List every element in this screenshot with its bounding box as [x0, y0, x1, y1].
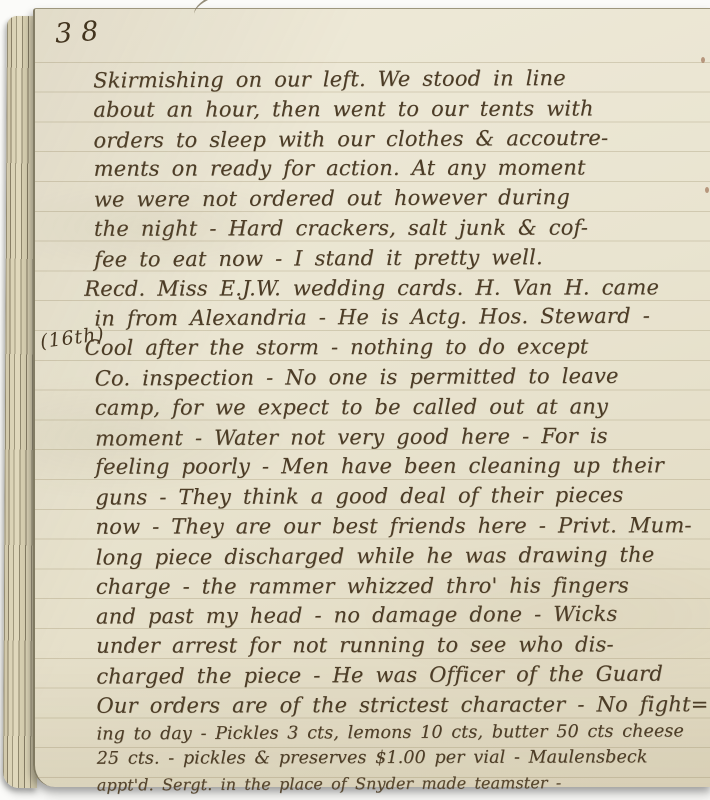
handwritten-line: charged the piece - He was Officer of th…	[96, 659, 676, 692]
handwritten-line: feeling poorly - Men have been cleaning …	[95, 452, 675, 483]
page-number: 38	[54, 15, 108, 50]
handwritten-line: ments on ready for action. At any moment	[94, 154, 674, 185]
handwritten-line: in from Alexandria - He is Actg. Hos. St…	[94, 302, 674, 335]
handwritten-line: Cool after the storm - nothing to do exc…	[85, 332, 675, 363]
handwritten-line: Skirmishing on our left. We stood in lin…	[93, 63, 673, 96]
diary-page: 38 (16th) Skirmishing on our left. We st…	[33, 8, 710, 787]
handwritten-line: 25 cts. - pickles & preserves $1.00 per …	[97, 745, 677, 772]
handwritten-line: under arrest for not running to see who …	[96, 630, 676, 661]
handwritten-line: ing to day - Pickles 3 cts, lemons 10 ct…	[97, 719, 677, 747]
handwritten-line: Co. inspection - No one is permitted to …	[95, 361, 675, 394]
handwritten-line: long piece discharged while he was drawi…	[96, 540, 676, 573]
handwritten-line: Our orders are of the strictest characte…	[96, 690, 676, 721]
handwritten-line: the night - Hard crackers, salt junk & c…	[94, 213, 674, 244]
handwritten-line: and past my head - no damage done - Wick…	[96, 600, 676, 633]
handwritten-line: now - They are our best friends here - P…	[95, 511, 675, 542]
handwritten-line: Recd. Miss E.J.W. wedding cards. H. Van …	[84, 273, 674, 304]
handwritten-line: we were not ordered out however during	[94, 183, 674, 216]
handwritten-entry: Skirmishing on our left. We stood in lin…	[93, 63, 677, 797]
handwritten-line: camp, for we expect to be called out at …	[95, 392, 675, 423]
handwritten-line: about an hour, then went to our tents wi…	[93, 94, 673, 125]
paper-speck	[705, 187, 709, 193]
handwritten-line: appt'd. Sergt. in the place of Snyder ma…	[97, 769, 677, 797]
paper-speck	[701, 57, 705, 63]
handwritten-line: guns - They think a good deal of their p…	[95, 481, 675, 514]
diary-photo-scene: 38 (16th) Skirmishing on our left. We st…	[0, 0, 710, 800]
handwritten-line: moment - Water not very good here - For …	[95, 421, 675, 454]
handwritten-line: fee to eat now - I stand it pretty well.	[94, 242, 674, 275]
handwritten-line: charge - the rammer whizzed thro' his fi…	[96, 571, 676, 602]
handwritten-line: orders to sleep with our clothes & accou…	[93, 123, 673, 156]
